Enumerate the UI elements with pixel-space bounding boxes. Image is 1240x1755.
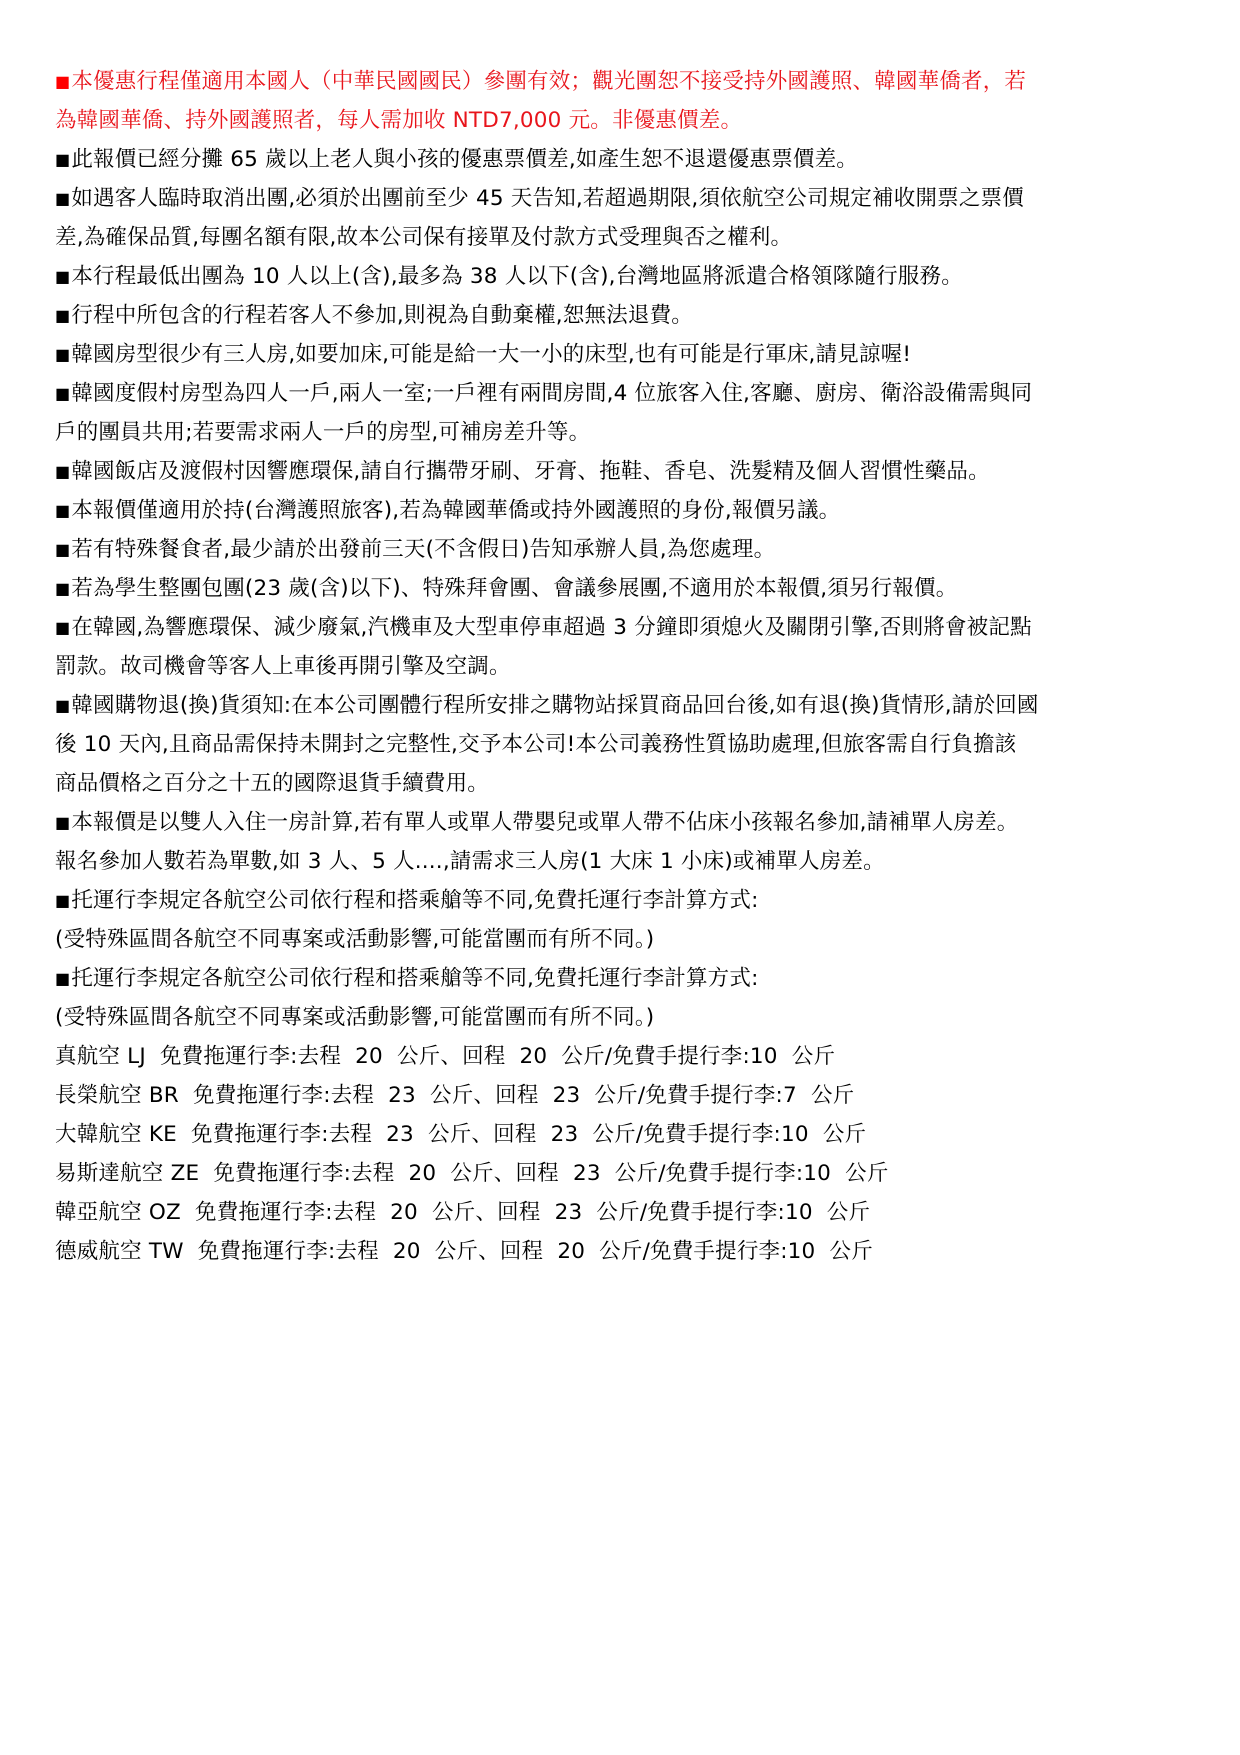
separator: 、 — [440, 1044, 462, 1069]
unit: 公斤 — [430, 1083, 473, 1108]
square-bullet-icon: ■ — [55, 618, 70, 637]
notice-text: 商品價格之百分之十五的國際退貨手續費用。 — [55, 771, 489, 796]
notice-line: 戶的團員共用;若要需求兩人一戶的房型,可補房差升等。 — [55, 413, 1185, 452]
notice-line: ■韓國購物退(換)貨須知:在本公司團體行程所安排之購物站採買商品回台後,如有退(… — [55, 686, 1185, 725]
notice-text: 在韓國,為響應環保、減少廢氣,汽機車及大型車停車超過 3 分鐘即須熄火及關閉引擎… — [71, 615, 1031, 640]
notice-text: 為韓國華僑、持外國護照者，每人需加收 NTD7,000 元。非優惠價差。 — [55, 108, 742, 133]
unit: 公斤 — [830, 1239, 873, 1264]
baggage-row: 德威航空 TW 免費拖運行李:去程 20 公斤、回程 20 公斤/免費手提行李:… — [55, 1232, 1185, 1271]
return-kg: 23 — [555, 1200, 583, 1225]
square-bullet-icon: ■ — [55, 813, 70, 832]
airline-name: 德威航空 — [55, 1239, 142, 1264]
notice-text: (受特殊區間各航空不同專案或活動影響,可能當團而有所不同。) — [55, 1005, 654, 1030]
airline-code: KE — [149, 1122, 177, 1147]
airline-code: LJ — [127, 1044, 146, 1069]
notice-text: 後 10 天內,且商品需保持未開封之完整性,交予本公司!本公司義務性質協助處理,… — [55, 732, 1016, 757]
airline-name: 易斯達航空 — [55, 1161, 164, 1186]
carry-on-kg: 10 — [785, 1200, 813, 1225]
notice-line: 後 10 天內,且商品需保持未開封之完整性,交予本公司!本公司義務性質協助處理,… — [55, 725, 1185, 764]
return-kg: 23 — [573, 1161, 601, 1186]
notice-line: ■韓國飯店及渡假村因響應環保,請自行攜帶牙刷、牙膏、拖鞋、香皂、洗髮精及個人習慣… — [55, 452, 1185, 491]
separator: / — [643, 1239, 650, 1264]
separator: : — [344, 1161, 351, 1186]
unit: 公斤 — [432, 1200, 475, 1225]
square-bullet-icon: ■ — [55, 579, 70, 598]
separator — [142, 1200, 149, 1225]
square-bullet-icon: ■ — [55, 189, 70, 208]
notice-line: ■此報價已經分攤 65 歲以上老人與小孩的優惠票價差,如產生恕不退還優惠票價差。 — [55, 140, 1185, 179]
baggage-row: 真航空 LJ 免費拖運行李:去程 20 公斤、回程 20 公斤/免費手提行李:1… — [55, 1037, 1185, 1076]
airline-name: 長榮航空 — [55, 1083, 142, 1108]
separator — [541, 1200, 555, 1225]
notice-line: ■在韓國,為響應環保、減少廢氣,汽機車及大型車停車超過 3 分鐘即須熄火及關閉引… — [55, 608, 1185, 647]
unit: 公斤 — [596, 1200, 639, 1225]
separator — [809, 1122, 823, 1147]
checked-label: 免費拖運行李 — [191, 1122, 321, 1147]
notice-line: ■本優惠行程僅適用本國人（中華民國國民）參團有效；觀光團恕不接受持外國護照、韓國… — [55, 62, 1185, 101]
notice-line: (受特殊區間各航空不同專案或活動影響,可能當團而有所不同。) — [55, 920, 1185, 959]
notice-text: 本報價是以雙人入住一房計算,若有單人或單人帶嬰兒或單人帶不佔床小孩報名參加,請補… — [71, 810, 1018, 835]
separator — [416, 1083, 430, 1108]
square-bullet-icon: ■ — [55, 969, 70, 988]
airline-name: 大韓航空 — [55, 1122, 142, 1147]
notice-text: 報名參加人數若為單數,如 3 人、5 人....,請需求三人房(1 大床 1 小… — [55, 849, 885, 874]
notice-line: ■若有特殊餐食者,最少請於出發前三天(不含假日)告知承辦人員,為您處理。 — [55, 530, 1185, 569]
notice-line: 罰款。故司機會等客人上車後再開引擎及空調。 — [55, 647, 1185, 686]
separator: 、 — [494, 1161, 516, 1186]
outbound-kg: 20 — [355, 1044, 383, 1069]
carry-on-kg: 10 — [788, 1239, 816, 1264]
notice-paragraph: ■托運行李規定各航空公司依行程和搭乘艙等不同,免費托運行李計算方式:(受特殊區間… — [55, 881, 1185, 959]
separator — [199, 1161, 213, 1186]
square-bullet-icon: ■ — [55, 384, 70, 403]
notice-line: 為韓國華僑、持外國護照者，每人需加收 NTD7,000 元。非優惠價差。 — [55, 101, 1185, 140]
separator — [815, 1239, 829, 1264]
separator — [142, 1122, 149, 1147]
separator — [164, 1161, 171, 1186]
return-kg: 23 — [553, 1083, 581, 1108]
separator — [580, 1083, 594, 1108]
separator: : — [777, 1200, 784, 1225]
notice-text: 若為學生整團包團(23 歲(含)以下)、特殊拜會團、會議參展團,不適用於本報價,… — [71, 576, 957, 601]
outbound-label: 去程 — [333, 1200, 376, 1225]
separator — [537, 1122, 551, 1147]
baggage-row: 長榮航空 BR 免費拖運行李:去程 23 公斤、回程 23 公斤/免費手提行李:… — [55, 1076, 1185, 1115]
unit: 公斤 — [792, 1044, 835, 1069]
outbound-kg: 23 — [388, 1083, 416, 1108]
notice-line: 商品價格之百分之十五的國際退貨手續費用。 — [55, 764, 1185, 803]
outbound-kg: 20 — [409, 1161, 437, 1186]
separator — [559, 1161, 573, 1186]
separator: 、 — [478, 1239, 500, 1264]
notice-line: 報名參加人數若為單數,如 3 人、5 人....,請需求三人房(1 大床 1 小… — [55, 842, 1185, 881]
separator — [372, 1122, 386, 1147]
square-bullet-icon: ■ — [55, 72, 70, 91]
notice-line: ■韓國度假村房型為四人一戶,兩人一室;一戶裡有兩間房間,4 位旅客入住,客廳、廚… — [55, 374, 1185, 413]
notice-text: 行程中所包含的行程若客人不參加,則視為自動棄權,恕無法退費。 — [71, 303, 693, 328]
separator — [376, 1200, 390, 1225]
separator: 、 — [473, 1083, 495, 1108]
notice-text: 差,為確保品質,每團名額有限,故本公司保有接單及付款方式受理與否之權利。 — [55, 225, 792, 250]
separator: : — [780, 1239, 787, 1264]
separator — [177, 1122, 191, 1147]
notice-text: 托運行李規定各航空公司依行程和搭乘艙等不同,免費托運行李計算方式: — [71, 888, 758, 913]
unit: 公斤 — [397, 1044, 440, 1069]
separator — [181, 1200, 195, 1225]
separator — [778, 1044, 792, 1069]
notice-line: (受特殊區間各航空不同專案或活動影響,可能當團而有所不同。) — [55, 998, 1185, 1037]
separator — [146, 1044, 160, 1069]
unit: 公斤 — [811, 1083, 854, 1108]
return-label: 回程 — [497, 1200, 540, 1225]
square-bullet-icon: ■ — [55, 267, 70, 286]
outbound-label: 去程 — [329, 1122, 372, 1147]
carry-on-label: 免費手提行李 — [647, 1200, 777, 1225]
unit: 公斤 — [845, 1161, 888, 1186]
separator — [374, 1083, 388, 1108]
notice-text: 此報價已經分攤 65 歲以上老人與小孩的優惠票價差,如產生恕不退還優惠票價差。 — [71, 147, 858, 172]
carry-on-label: 免費手提行李 — [643, 1122, 773, 1147]
notice-text: 若有特殊餐食者,最少請於出發前三天(不含假日)告知承辦人員,為您處理。 — [71, 537, 775, 562]
unit: 公斤 — [594, 1083, 637, 1108]
highlighted-notice: ■本優惠行程僅適用本國人（中華民國國民）參團有效；觀光團恕不接受持外國護照、韓國… — [55, 62, 1185, 140]
notice-text: 如遇客人臨時取消出團,必須於出團前至少 45 天告知,若超過期限,須依航空公司規… — [71, 186, 1024, 211]
separator: : — [325, 1200, 332, 1225]
separator: : — [742, 1044, 749, 1069]
notice-text: 韓國度假村房型為四人一戶,兩人一室;一戶裡有兩間房間,4 位旅客入住,客廳、廚房… — [71, 381, 1032, 406]
notice-line: ■托運行李規定各航空公司依行程和搭乘艙等不同,免費托運行李計算方式: — [55, 959, 1185, 998]
separator — [578, 1122, 592, 1147]
notice-paragraph: ■托運行李規定各航空公司依行程和搭乘艙等不同,免費托運行李計算方式:(受特殊區間… — [55, 959, 1185, 1037]
document-page: ■本優惠行程僅適用本國人（中華民國國民）參團有效；觀光團恕不接受持外國護照、韓國… — [55, 62, 1185, 1271]
separator — [539, 1083, 553, 1108]
separator: : — [323, 1083, 330, 1108]
notice-text: 罰款。故司機會等客人上車後再開引擎及空調。 — [55, 654, 511, 679]
notice-text: 本報價僅適用於持(台灣護照旅客),若為韓國華僑或持外國護照的身份,報價另議。 — [71, 498, 840, 523]
return-label: 回程 — [515, 1161, 558, 1186]
separator — [414, 1122, 428, 1147]
unit: 公斤 — [599, 1239, 642, 1264]
return-kg: 20 — [520, 1044, 548, 1069]
notice-paragraph: ■若為學生整團包團(23 歲(含)以下)、特殊拜會團、會議參展團,不適用於本報價… — [55, 569, 1185, 608]
notice-text: 戶的團員共用;若要需求兩人一戶的房型,可補房差升等。 — [55, 420, 590, 445]
notice-paragraph: ■在韓國,為響應環保、減少廢氣,汽機車及大型車停車超過 3 分鐘即須熄火及關閉引… — [55, 608, 1185, 686]
baggage-row: 韓亞航空 OZ 免費拖運行李:去程 20 公斤、回程 23 公斤/免費手提行李:… — [55, 1193, 1185, 1232]
separator — [383, 1044, 397, 1069]
airline-code: BR — [149, 1083, 179, 1108]
outbound-kg: 20 — [390, 1200, 418, 1225]
separator — [436, 1161, 450, 1186]
notice-paragraph: ■韓國飯店及渡假村因響應環保,請自行攜帶牙刷、牙膏、拖鞋、香皂、洗髮精及個人習慣… — [55, 452, 1185, 491]
notice-paragraph: ■本報價僅適用於持(台灣護照旅客),若為韓國華僑或持外國護照的身份,報價另議。 — [55, 491, 1185, 530]
notice-line: ■如遇客人臨時取消出團,必須於出團前至少 45 天告知,若超過期限,須依航空公司… — [55, 179, 1185, 218]
square-bullet-icon: ■ — [55, 306, 70, 325]
separator — [582, 1200, 596, 1225]
baggage-row: 易斯達航空 ZE 免費拖運行李:去程 20 公斤、回程 23 公斤/免費手提行李… — [55, 1154, 1185, 1193]
outbound-label: 去程 — [331, 1083, 374, 1108]
unit: 公斤 — [450, 1161, 493, 1186]
carry-on-kg: 10 — [781, 1122, 809, 1147]
notice-line: ■本報價僅適用於持(台灣護照旅客),若為韓國華僑或持外國護照的身份,報價另議。 — [55, 491, 1185, 530]
outbound-kg: 20 — [393, 1239, 421, 1264]
return-label: 回程 — [493, 1122, 536, 1147]
carry-on-kg: 10 — [750, 1044, 778, 1069]
notice-text: 本優惠行程僅適用本國人（中華民國國民）參團有效；觀光團恕不接受持外國護照、韓國華… — [71, 69, 1026, 94]
separator: / — [658, 1161, 665, 1186]
notice-paragraph: ■韓國度假村房型為四人一戶,兩人一室;一戶裡有兩間房間,4 位旅客入住,客廳、廚… — [55, 374, 1185, 452]
separator: : — [774, 1122, 781, 1147]
separator — [831, 1161, 845, 1186]
separator — [813, 1200, 827, 1225]
unit: 公斤 — [561, 1044, 604, 1069]
separator — [184, 1239, 198, 1264]
notice-line: 差,為確保品質,每團名額有限,故本公司保有接單及付款方式受理與否之權利。 — [55, 218, 1185, 257]
unit: 公斤 — [827, 1200, 870, 1225]
square-bullet-icon: ■ — [55, 501, 70, 520]
separator — [601, 1161, 615, 1186]
separator — [421, 1239, 435, 1264]
notice-line: ■本報價是以雙人入住一房計算,若有單人或單人帶嬰兒或單人帶不佔床小孩報名參加,請… — [55, 803, 1185, 842]
notice-text: 韓國飯店及渡假村因響應環保,請自行攜帶牙刷、牙膏、拖鞋、香皂、洗髮精及個人習慣性… — [71, 459, 989, 484]
notice-paragraph: ■行程中所包含的行程若客人不參加,則視為自動棄權,恕無法退費。 — [55, 296, 1185, 335]
unit: 公斤 — [615, 1161, 658, 1186]
square-bullet-icon: ■ — [55, 540, 70, 559]
notice-line: ■托運行李規定各航空公司依行程和搭乘艙等不同,免費托運行李計算方式: — [55, 881, 1185, 920]
checked-label: 免費拖運行李 — [198, 1239, 328, 1264]
notice-line: ■本行程最低出團為 10 人以上(含),最多為 38 人以下(含),台灣地區將派… — [55, 257, 1185, 296]
notice-paragraph: ■韓國房型很少有三人房,如要加床,可能是給一大一小的床型,也有可能是行軍床,請見… — [55, 335, 1185, 374]
square-bullet-icon: ■ — [55, 891, 70, 910]
airline-name: 真航空 — [55, 1044, 120, 1069]
notice-paragraph: ■若有特殊餐食者,最少請於出發前三天(不含假日)告知承辦人員,為您處理。 — [55, 530, 1185, 569]
separator: 、 — [471, 1122, 493, 1147]
separator — [547, 1044, 561, 1069]
square-bullet-icon: ■ — [55, 696, 70, 715]
notice-text: 托運行李規定各航空公司依行程和搭乘艙等不同,免費托運行李計算方式: — [71, 966, 758, 991]
separator — [142, 1083, 149, 1108]
carry-on-kg: 10 — [803, 1161, 831, 1186]
return-kg: 23 — [551, 1122, 579, 1147]
carry-on-kg: 7 — [783, 1083, 797, 1108]
separator: : — [321, 1122, 328, 1147]
carry-on-label: 免費手提行李 — [645, 1083, 775, 1108]
separator — [379, 1239, 393, 1264]
return-kg: 20 — [557, 1239, 585, 1264]
unit: 公斤 — [823, 1122, 866, 1147]
carry-on-label: 免費手提行李 — [612, 1044, 742, 1069]
checked-label: 免費拖運行李 — [195, 1200, 325, 1225]
airline-code: TW — [149, 1239, 184, 1264]
checked-label: 免費拖運行李 — [160, 1044, 290, 1069]
square-bullet-icon: ■ — [55, 345, 70, 364]
carry-on-label: 免費手提行李 — [650, 1239, 780, 1264]
separator — [179, 1083, 193, 1108]
airline-name: 韓亞航空 — [55, 1200, 142, 1225]
notice-text: (受特殊區間各航空不同專案或活動影響,可能當團而有所不同。) — [55, 927, 654, 952]
unit: 公斤 — [428, 1122, 471, 1147]
notice-line: ■韓國房型很少有三人房,如要加床,可能是給一大一小的床型,也有可能是行軍床,請見… — [55, 335, 1185, 374]
notice-paragraph: ■此報價已經分攤 65 歲以上老人與小孩的優惠票價差,如產生恕不退還優惠票價差。 — [55, 140, 1185, 179]
notice-text: 韓國購物退(換)貨須知:在本公司團體行程所安排之購物站採買商品回台後,如有退(換… — [71, 693, 1038, 718]
outbound-kg: 23 — [386, 1122, 414, 1147]
airline-code: ZE — [171, 1161, 200, 1186]
separator — [341, 1044, 355, 1069]
notice-paragraph: ■本行程最低出團為 10 人以上(含),最多為 38 人以下(含),台灣地區將派… — [55, 257, 1185, 296]
notice-paragraph: ■韓國購物退(換)貨須知:在本公司團體行程所安排之購物站採買商品回台後,如有退(… — [55, 686, 1185, 803]
outbound-label: 去程 — [335, 1239, 378, 1264]
notice-line: ■行程中所包含的行程若客人不參加,則視為自動棄權,恕無法退費。 — [55, 296, 1185, 335]
return-label: 回程 — [462, 1044, 505, 1069]
separator — [505, 1044, 519, 1069]
notice-paragraph: ■本報價是以雙人入住一房計算,若有單人或單人帶嬰兒或單人帶不佔床小孩報名參加,請… — [55, 803, 1185, 881]
unit: 公斤 — [592, 1122, 635, 1147]
separator — [394, 1161, 408, 1186]
separator — [585, 1239, 599, 1264]
checked-label: 免費拖運行李 — [213, 1161, 343, 1186]
separator: 、 — [475, 1200, 497, 1225]
separator — [142, 1239, 149, 1264]
separator — [543, 1239, 557, 1264]
separator: : — [290, 1044, 297, 1069]
separator: : — [776, 1083, 783, 1108]
return-label: 回程 — [495, 1083, 538, 1108]
square-bullet-icon: ■ — [55, 462, 70, 481]
notice-text: 本行程最低出團為 10 人以上(含),最多為 38 人以下(含),台灣地區將派遣… — [71, 264, 963, 289]
notice-paragraph: ■如遇客人臨時取消出團,必須於出團前至少 45 天告知,若超過期限,須依航空公司… — [55, 179, 1185, 257]
checked-label: 免費拖運行李 — [193, 1083, 323, 1108]
airline-code: OZ — [149, 1200, 181, 1225]
outbound-label: 去程 — [351, 1161, 394, 1186]
notice-text: 韓國房型很少有三人房,如要加床,可能是給一大一小的床型,也有可能是行軍床,請見諒… — [71, 342, 911, 367]
separator — [797, 1083, 811, 1108]
baggage-row: 大韓航空 KE 免費拖運行李:去程 23 公斤、回程 23 公斤/免費手提行李:… — [55, 1115, 1185, 1154]
outbound-label: 去程 — [298, 1044, 341, 1069]
carry-on-label: 免費手提行李 — [666, 1161, 796, 1186]
square-bullet-icon: ■ — [55, 150, 70, 169]
separator — [418, 1200, 432, 1225]
return-label: 回程 — [500, 1239, 543, 1264]
unit: 公斤 — [435, 1239, 478, 1264]
notice-line: ■若為學生整團包團(23 歲(含)以下)、特殊拜會團、會議參展團,不適用於本報價… — [55, 569, 1185, 608]
